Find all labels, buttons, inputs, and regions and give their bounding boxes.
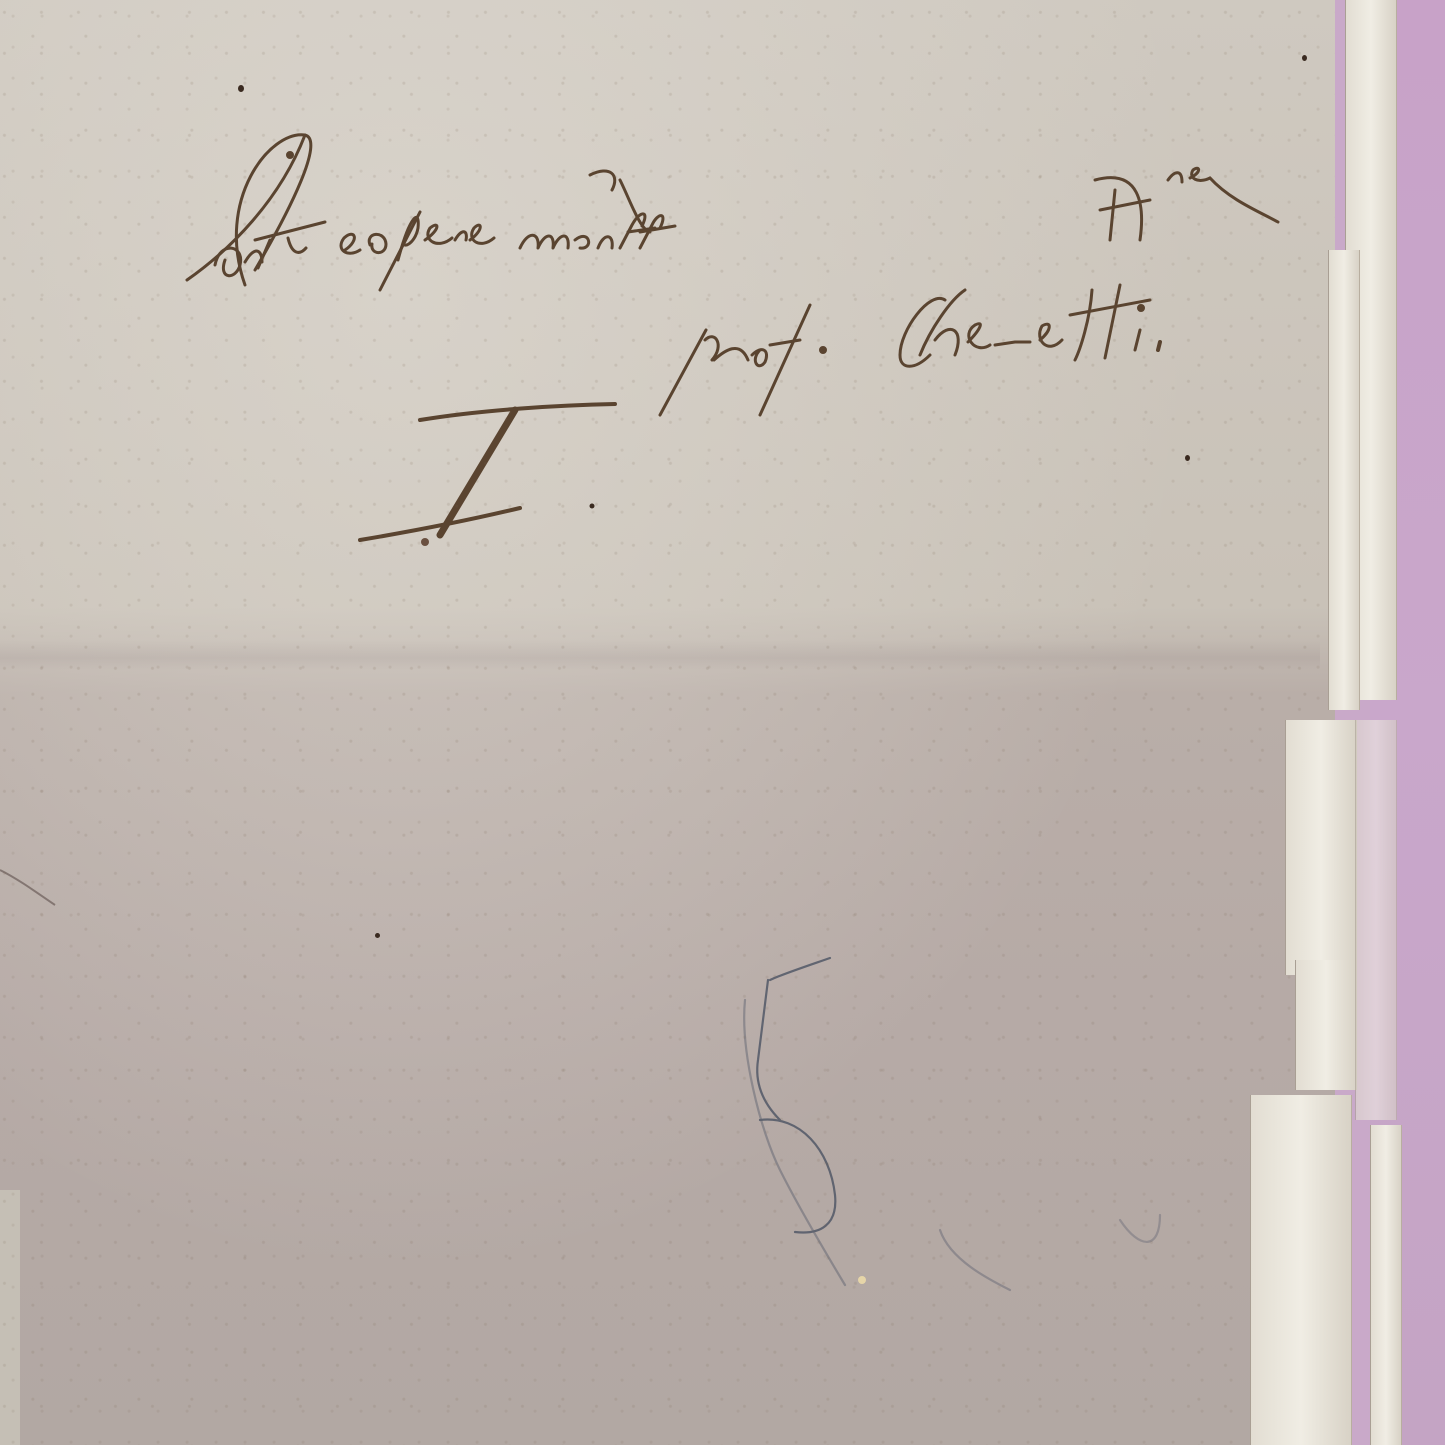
ink-speck	[238, 85, 244, 92]
edge-scuff-mark	[0, 0, 1445, 1445]
ink-speck	[375, 933, 380, 938]
bound-page-edges	[1300, 0, 1395, 1445]
page-edge-strip	[1370, 1125, 1402, 1445]
page-edge-strip	[1295, 960, 1357, 1090]
page-edge-strip	[1250, 1095, 1352, 1445]
page-edge-strip	[1285, 720, 1357, 975]
page-edge-strip	[1328, 250, 1360, 710]
document-cover: Parti e opere manoscritte prof. Cherubet…	[0, 0, 1335, 1445]
ink-speck	[1185, 455, 1190, 461]
page-edge-strip	[1355, 720, 1397, 1120]
